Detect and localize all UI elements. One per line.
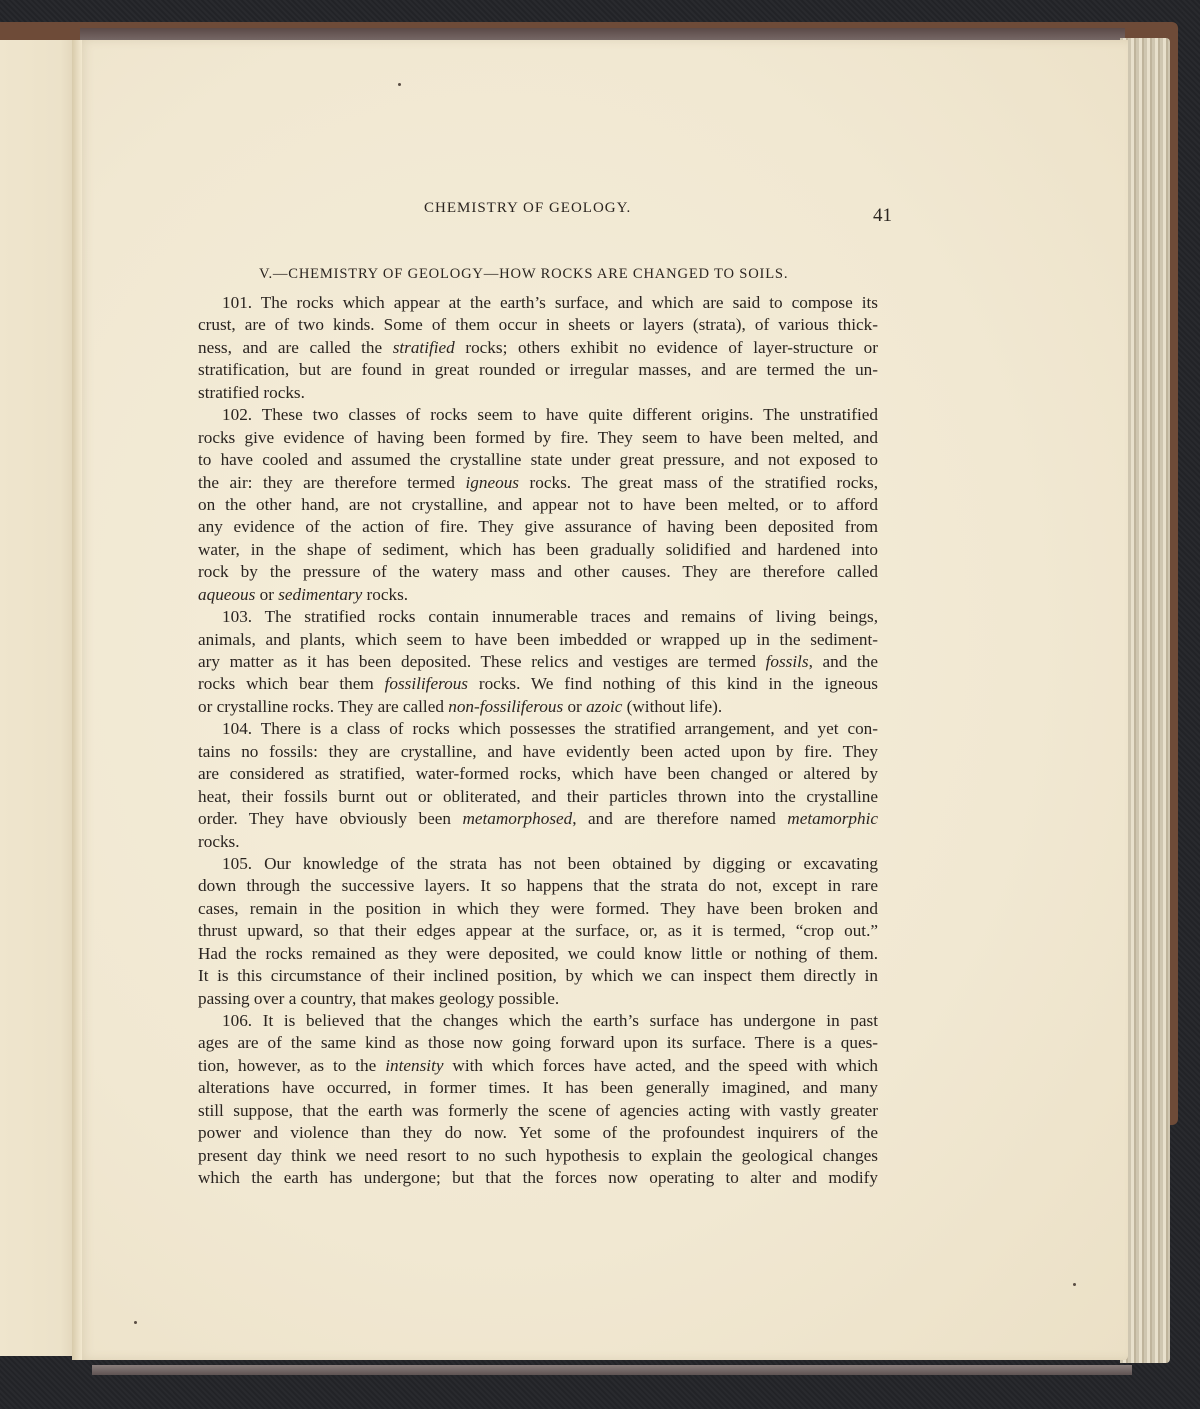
italic-term: stratified — [393, 338, 455, 357]
text-line: ness, and are called the stratified rock… — [198, 337, 878, 359]
text-line: which the earth has undergone; but that … — [198, 1167, 878, 1189]
page-number: 41 — [873, 205, 892, 227]
text-line: order. They have obviously been metamorp… — [198, 808, 878, 830]
text-line: stratified rocks. — [198, 382, 878, 404]
italic-term: azoic — [586, 697, 622, 716]
text-line: are considered as stratified, water-form… — [198, 763, 878, 785]
paragraph-104: 104. There is a class of rocks which pos… — [198, 718, 878, 853]
text-line: 101. The rocks which appear at the earth… — [198, 292, 878, 314]
paper-speck — [398, 83, 401, 86]
text-line: or crystalline rocks. They are called no… — [198, 696, 878, 718]
italic-term: fossils — [766, 652, 809, 671]
paragraph-103: 103. The stratified rocks contain innume… — [198, 606, 878, 718]
text-line: crust, are of two kinds. Some of them oc… — [198, 314, 878, 336]
paper-speck — [1073, 1283, 1076, 1286]
italic-term: igneous — [466, 473, 519, 492]
text-line: stratification, but are found in great r… — [198, 359, 878, 381]
text-line: power and violence than they do now. Yet… — [198, 1122, 878, 1144]
text-line: ages are of the same kind as those now g… — [198, 1032, 878, 1054]
text-line: heat, their fossils burnt out or obliter… — [198, 786, 878, 808]
text-line: rocks. — [198, 831, 878, 853]
paragraph-101: 101. The rocks which appear at the earth… — [198, 292, 878, 404]
text-line: on the other hand, are not crystalline, … — [198, 494, 878, 516]
text-line: alterations have occurred, in former tim… — [198, 1077, 878, 1099]
italic-term: sedimentary — [278, 585, 362, 604]
text-line: 106. It is believed that the changes whi… — [198, 1010, 878, 1032]
text-line: 103. The stratified rocks contain innume… — [198, 606, 878, 628]
running-head: CHEMISTRY OF GEOLOGY. — [424, 200, 631, 217]
text-line: the air: they are therefore termed igneo… — [198, 472, 878, 494]
italic-term: intensity — [385, 1056, 443, 1075]
text-line: tion, however, as to the intensity with … — [198, 1055, 878, 1077]
body-text: 101. The rocks which appear at the earth… — [198, 292, 878, 1190]
italic-term: non-fossiliferous — [448, 697, 563, 716]
italic-term: fossiliferous — [385, 674, 468, 693]
text-line: passing over a country, that makes geolo… — [198, 988, 878, 1010]
text-line: present day think we need resort to no s… — [198, 1145, 878, 1167]
text-line: aqueous or sedimentary rocks. — [198, 584, 878, 606]
cover-bottom-edge — [92, 1365, 1132, 1375]
text-line: cases, remain in the position in which t… — [198, 898, 878, 920]
paper-speck — [134, 1321, 137, 1324]
text-line: water, in the shape of sediment, which h… — [198, 539, 878, 561]
text-line: ary matter as it has been deposited. The… — [198, 651, 878, 673]
text-line: to have cooled and assumed the crystalli… — [198, 449, 878, 471]
text-line: 104. There is a class of rocks which pos… — [198, 718, 878, 740]
text-line: animals, and plants, which seem to have … — [198, 629, 878, 651]
italic-term: metamorphosed — [462, 809, 572, 828]
paragraph-105: 105. Our knowledge of the strata has not… — [198, 853, 878, 1010]
text-line: down through the successive layers. It s… — [198, 875, 878, 897]
text-line: It is this circumstance of their incline… — [198, 965, 878, 987]
text-line: thrust upward, so that their edges appea… — [198, 920, 878, 942]
text-line: rocks give evidence of having been forme… — [198, 427, 878, 449]
book-gutter — [72, 40, 82, 1360]
paragraph-106: 106. It is believed that the changes whi… — [198, 1010, 878, 1190]
left-page — [0, 40, 75, 1356]
text-line: still suppose, that the earth was former… — [198, 1100, 878, 1122]
text-line: 102. These two classes of rocks seem to … — [198, 404, 878, 426]
section-title: V.—CHEMISTRY OF GEOLOGY—HOW ROCKS ARE CH… — [259, 266, 788, 283]
text-line: Had the rocks remained as they were depo… — [198, 943, 878, 965]
italic-term: aqueous — [198, 585, 255, 604]
text-line: rocks which bear them fossiliferous rock… — [198, 673, 878, 695]
text-line: any evidence of the action of fire. They… — [198, 516, 878, 538]
paragraph-102: 102. These two classes of rocks seem to … — [198, 404, 878, 606]
text-line: 105. Our knowledge of the strata has not… — [198, 853, 878, 875]
text-line: rock by the pressure of the watery mass … — [198, 561, 878, 583]
text-line: tains no fossils: they are crystalline, … — [198, 741, 878, 763]
italic-term: metamorphic — [787, 809, 878, 828]
